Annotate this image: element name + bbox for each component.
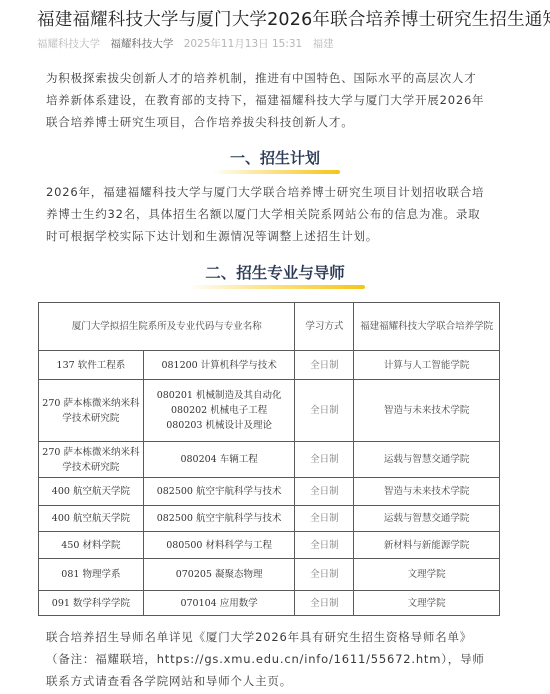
cell-dept: 091 数学科学学院: [39, 591, 144, 616]
table-row: 081 物理学系 070205 凝聚态物理 全日制 文理学院: [39, 559, 500, 591]
cell-major: 080201 机械制造及其自动化 080202 机械电子工程 080203 机械…: [143, 380, 295, 442]
cell-college: 计算与人工智能学院: [354, 351, 500, 380]
cell-college: 智造与未来技术学院: [354, 478, 500, 506]
cell-major: 082500 航空宇航科学与技术: [143, 506, 295, 532]
heading-underline: [187, 285, 365, 289]
cell-dept: 270 萨本栋微米纳米科学技术研究院: [39, 442, 144, 478]
cell-mode: 全日制: [295, 442, 354, 478]
table-header-row: 厦门大学拟招生院系所及专业代码与专业名称 学习方式 福建福耀科技大学联合培养学院: [39, 303, 500, 351]
header-dept-major: 厦门大学拟招生院系所及专业代码与专业名称: [39, 303, 295, 351]
cell-mode: 全日制: [295, 591, 354, 616]
cell-college: 新材料与新能源学院: [354, 532, 500, 559]
header-college: 福建福耀科技大学联合培养学院: [354, 303, 500, 351]
section-heading-plan: 一、招生计划: [0, 147, 550, 174]
cell-major: 070205 凝聚态物理: [143, 559, 295, 591]
intro-paragraph: 为积极探索拔尖创新人才的培养机制，推进有中国特色、国际水平的高层次人才培养新体系…: [46, 67, 486, 133]
table-row: 270 萨本栋微米纳米科学技术研究院 080201 机械制造及其自动化 0802…: [39, 380, 500, 442]
heading-underline: [212, 170, 340, 174]
meta-location: 福建: [313, 38, 334, 50]
footer-paragraph: 联合培养招生导师名单详见《厦门大学2026年具有研究生招生资格导师名单》（备注：…: [46, 626, 486, 692]
table-row: 400 航空航天学院 082500 航空宇航科学与技术 全日制 运载与智慧交通学…: [39, 506, 500, 532]
meta-datetime: 2025年11月13日 15:31: [184, 38, 303, 50]
section-heading-plan-text: 一、招生计划: [230, 149, 320, 167]
cell-college: 文理学院: [354, 559, 500, 591]
cell-college: 文理学院: [354, 591, 500, 616]
cell-mode: 全日制: [295, 478, 354, 506]
plan-paragraph: 2026年，福建福耀科技大学与厦门大学联合培养博士研究生项目计划招收联合培养博士…: [46, 181, 486, 247]
cell-major: 070104 应用数学: [143, 591, 295, 616]
cell-mode: 全日制: [295, 351, 354, 380]
cell-dept: 270 萨本栋微米纳米科学技术研究院: [39, 380, 144, 442]
cell-college: 运载与智慧交通学院: [354, 506, 500, 532]
cell-major: 080500 材料科学与工程: [143, 532, 295, 559]
table-row: 091 数学科学学院 070104 应用数学 全日制 文理学院: [39, 591, 500, 616]
section-heading-majors: 二、招生专业与导师: [0, 261, 550, 289]
table-row: 400 航空航天学院 082500 航空宇航科学与技术 全日制 智造与未来技术学…: [39, 478, 500, 506]
cell-college: 智造与未来技术学院: [354, 380, 500, 442]
table-row: 270 萨本栋微米纳米科学技术研究院 080204 车辆工程 全日制 运载与智慧…: [39, 442, 500, 478]
table-row: 450 材料学院 080500 材料科学与工程 全日制 新材料与新能源学院: [39, 532, 500, 559]
cell-dept: 400 航空航天学院: [39, 478, 144, 506]
cell-dept: 137 软件工程系: [39, 351, 144, 380]
cell-mode: 全日制: [295, 532, 354, 559]
cell-dept: 081 物理学系: [39, 559, 144, 591]
meta-account-link[interactable]: 福耀科技大学: [110, 38, 173, 50]
section-heading-majors-text: 二、招生专业与导师: [205, 264, 345, 282]
cell-dept: 400 航空航天学院: [39, 506, 144, 532]
cell-major: 082500 航空宇航科学与技术: [143, 478, 295, 506]
table-row: 137 软件工程系 081200 计算机科学与技术 全日制 计算与人工智能学院: [39, 351, 500, 380]
cell-mode: 全日制: [295, 559, 354, 591]
article-title: 福建福耀科技大学与厦门大学2026年联合培养博士研究生招生通知: [37, 6, 550, 31]
cell-mode: 全日制: [295, 506, 354, 532]
header-mode: 学习方式: [295, 303, 354, 351]
cell-major: 081200 计算机科学与技术: [143, 351, 295, 380]
majors-table: 厦门大学拟招生院系所及专业代码与专业名称 学习方式 福建福耀科技大学联合培养学院…: [38, 302, 500, 616]
cell-dept: 450 材料学院: [39, 532, 144, 559]
cell-major: 080204 车辆工程: [143, 442, 295, 478]
cell-college: 运载与智慧交通学院: [354, 442, 500, 478]
meta-author: 福耀科技大学: [37, 38, 100, 50]
cell-mode: 全日制: [295, 380, 354, 442]
article-meta: 福耀科技大学 福耀科技大学 2025年11月13日 15:31 福建: [37, 36, 341, 51]
